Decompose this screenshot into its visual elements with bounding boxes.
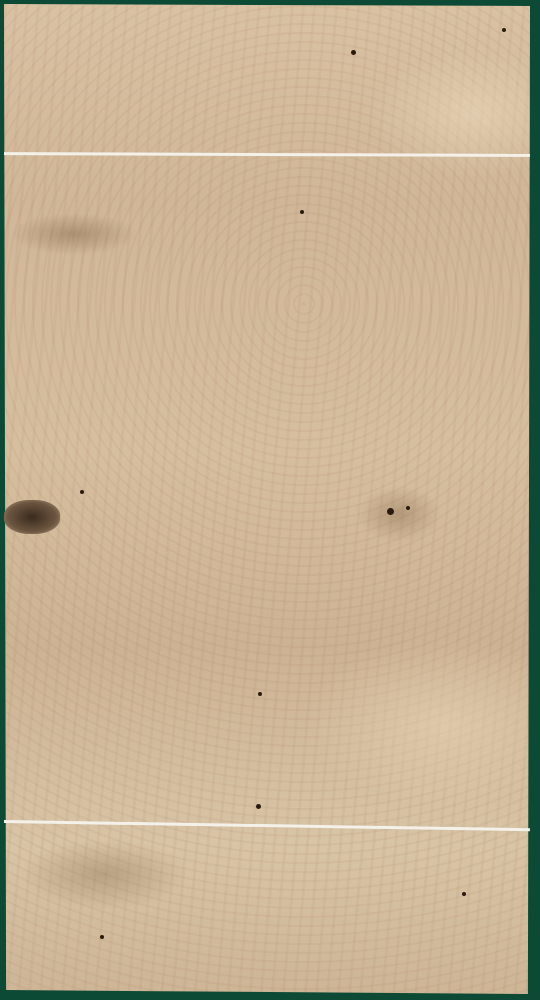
knot-hole (387, 508, 394, 515)
knot-hole (406, 506, 410, 510)
knot-hole (351, 50, 356, 55)
knot-hole (462, 892, 466, 896)
knot-hole (258, 692, 262, 696)
knot-hole (502, 28, 506, 32)
knot-hole (80, 490, 84, 494)
bark-inclusion (4, 500, 60, 534)
knot-hole (100, 935, 104, 939)
knot-hole (256, 804, 261, 809)
knot-hole (300, 210, 304, 214)
